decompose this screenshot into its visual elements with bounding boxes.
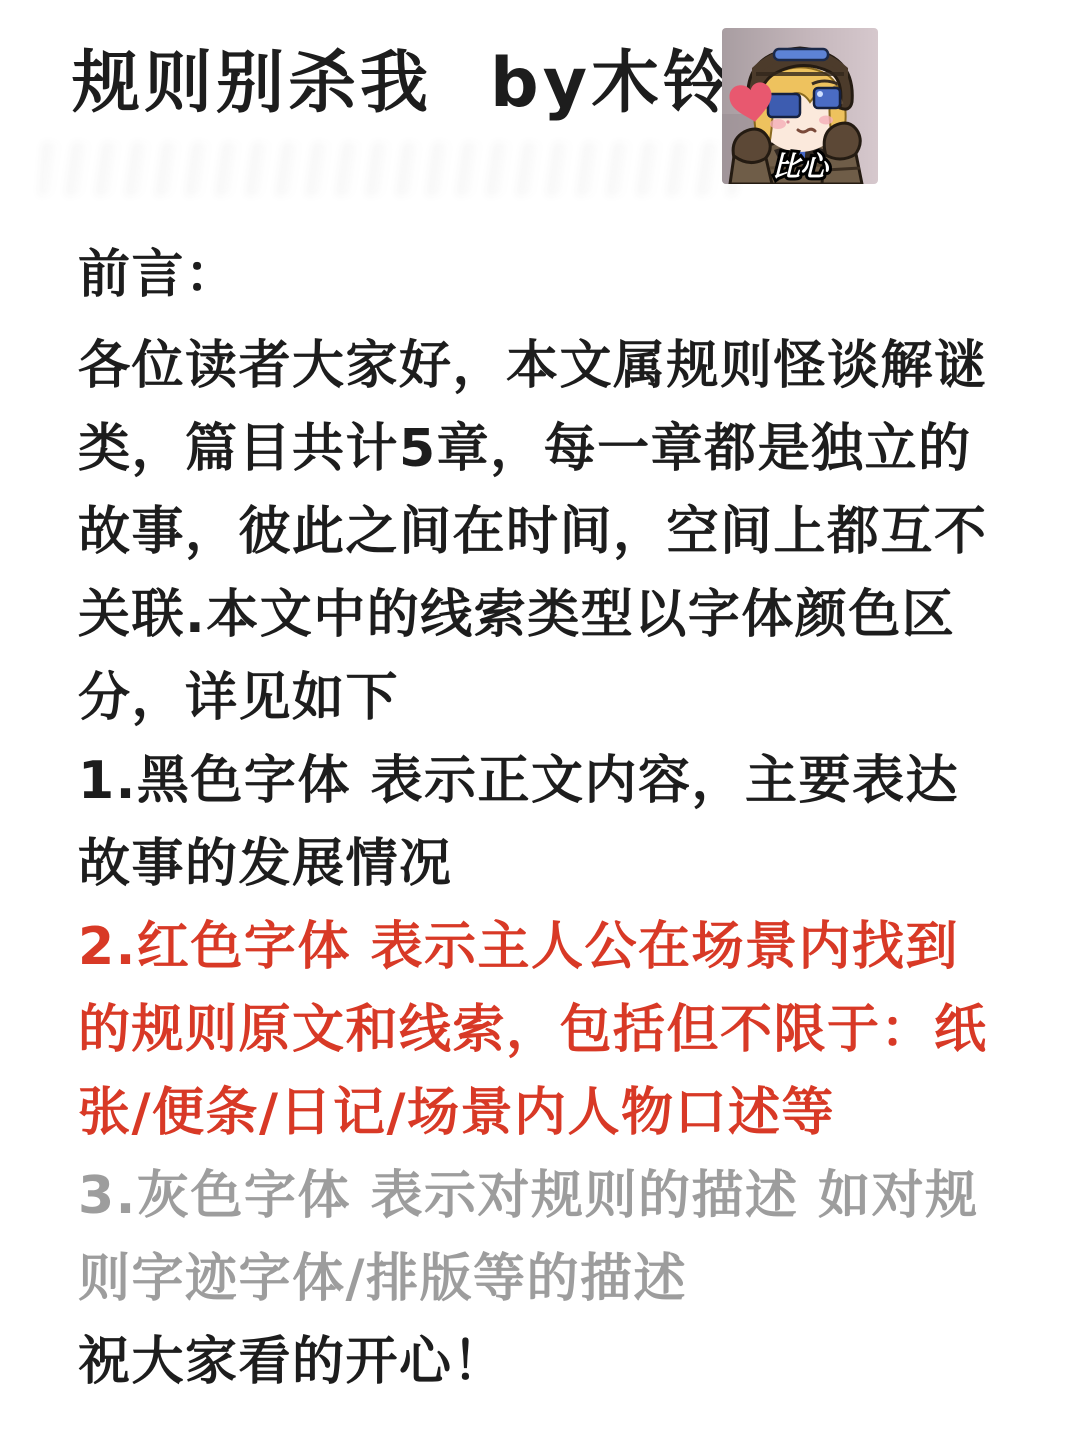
rule-red-line: 2.红色字体 表示主人公在场景内找到	[78, 906, 1038, 989]
blush-right	[819, 116, 833, 125]
rule-red-line: 张/便条/日记/场景内人物口述等	[78, 1072, 1038, 1155]
text-line: 故事，彼此之间在时间，空间上都互不	[78, 491, 1038, 574]
preface-heading: 前言：	[78, 234, 1038, 317]
author-avatar: 比心	[722, 28, 878, 184]
mitten-left	[730, 129, 772, 184]
rule-black-line: 1.黑色字体 表示正文内容，主要表达	[78, 740, 1038, 823]
faded-watermark	[38, 142, 742, 196]
avatar-illustration: 比心	[722, 28, 878, 184]
closing-line: 祝大家看的开心！	[78, 1321, 1038, 1404]
eye	[814, 88, 840, 108]
eye-patch	[768, 94, 800, 117]
text-line: 分，详见如下	[78, 657, 1038, 740]
document-page: 规则别杀我 by木铃	[0, 0, 1080, 1452]
rule-black-line: 故事的发展情况	[78, 823, 1038, 906]
rule-gray-line: 3.灰色字体 表示对规则的描述 如对规	[78, 1155, 1038, 1238]
text-line: 关联.本文中的线索类型以字体颜色区	[78, 574, 1038, 657]
avatar-caption: 比心	[772, 150, 832, 183]
goggles	[774, 49, 828, 60]
title-row: 规则别杀我 by木铃	[72, 36, 735, 132]
page-title: 规则别杀我	[72, 36, 432, 132]
text-line: 各位读者大家好，本文属规则怪谈解谜	[78, 325, 1038, 408]
rule-gray-line: 则字迹字体/排版等的描述	[78, 1238, 1038, 1321]
rule-red-line: 的规则原文和线索，包括但不限于：纸	[78, 989, 1038, 1072]
author-credit: by木铃	[490, 36, 735, 132]
blush-left	[770, 119, 786, 129]
text-line: 类，篇目共计5章，每一章都是独立的	[78, 408, 1038, 491]
text-block: 前言： 各位读者大家好，本文属规则怪谈解谜 类，篇目共计5章，每一章都是独立的 …	[78, 234, 1038, 1404]
